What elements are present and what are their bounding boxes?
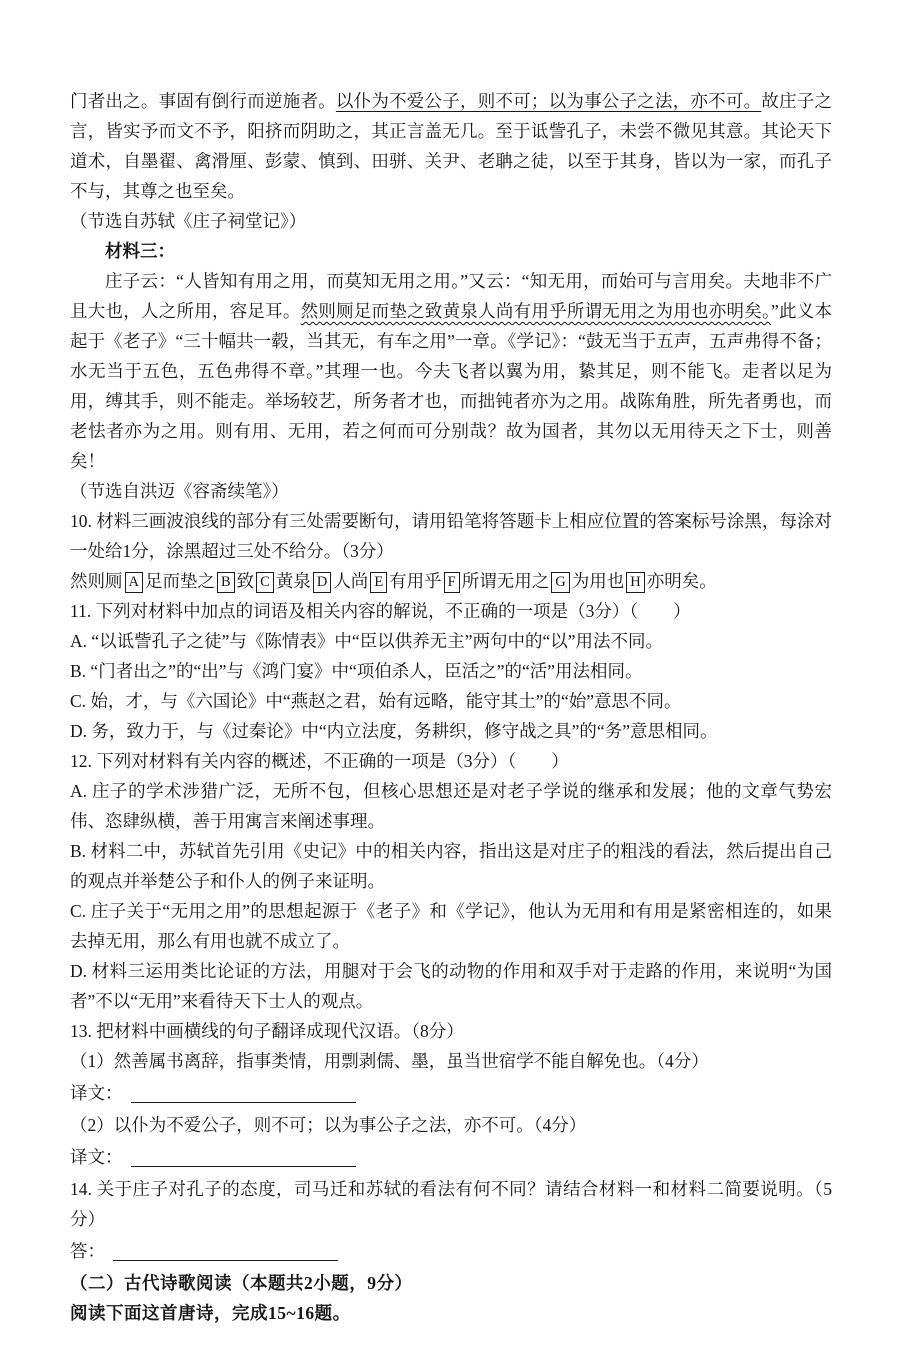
question-10-stem: 10. 材料三画波浪线的部分有三处需要断句，请用铅笔将答题卡上相应位置的答案标号… xyxy=(70,506,832,566)
sentence-segment: 所谓无用之 xyxy=(462,571,550,591)
break-option-box-b: B xyxy=(217,572,235,593)
question-12-option-d: D. 材料三运用类比论证的方法，用腿对于会飞的动物的作用和双手对于走路的作用，来… xyxy=(70,956,832,1016)
answer-blank-line xyxy=(131,1084,356,1103)
question-11-option-a: A. “以诋訾孔子之徒”与《陈情表》中“臣以供养无主”两句中的“以”用法不同。 xyxy=(70,626,832,656)
translation-label: 译文： xyxy=(70,1083,123,1103)
break-option-box-d: D xyxy=(313,572,331,593)
material3-text-seg2: ”此义本起于《老子》“三十幅共一毂，当其无，有车之用”一章。《学记》：“鼓无当于… xyxy=(70,301,832,471)
question-11-option-b: B. “门者出之”的“出”与《鸿门宴》中“项伯杀人，臣活之”的“活”用法相同。 xyxy=(70,656,832,686)
break-option-box-f: F xyxy=(444,572,460,593)
material3-wavy-underlined-sentence: 然则厕足而垫之致黄泉人尚有用乎所谓无用之为用也亦明矣。 xyxy=(301,301,771,321)
sentence-segment: 有用乎 xyxy=(389,571,442,591)
question-14-answer-line: 答： xyxy=(70,1234,832,1268)
section-2-intro: 阅读下面这首唐诗，完成15~16题。 xyxy=(70,1298,832,1328)
material3-heading: 材料三： xyxy=(70,236,832,266)
question-12-stem: 12. 下列对材料有关内容的概述，不正确的一项是（3分）（ ） xyxy=(70,746,832,776)
answer-blank-line xyxy=(113,1242,338,1261)
material2-continuation-paragraph: 门者出之。事固有倒行而逆施者。以仆为不爱公子，则不可；以为事公子之法，亦不可。故… xyxy=(70,86,832,206)
question-13-answer-line-2: 译文： xyxy=(70,1140,832,1174)
question-13-sub2: （2）以仆为不爱公子，则不可；以为事公子之法，亦不可。（4分） xyxy=(70,1110,832,1140)
section-2-heading: （二）古代诗歌阅读（本题共2小题，9分） xyxy=(70,1268,832,1298)
material2-text-pre: 门者出之。事固有倒行而逆施者。 xyxy=(70,91,336,111)
material2-underlined-sentence: 以仆为不爱公子，则不可；以为事公子之法，亦不可。 xyxy=(336,91,761,111)
sentence-segment: 亦明矣。 xyxy=(647,571,717,591)
exam-page: 门者出之。事固有倒行而逆施者。以仆为不爱公子，则不可；以为事公子之法，亦不可。故… xyxy=(0,0,900,1368)
sentence-segment: 致 xyxy=(237,571,255,591)
question-10-sentence-breaking-line: 然则厕A足而垫之B致C黄泉D人尚E有用乎F所谓无用之G为用也H亦明矣。 xyxy=(70,566,832,596)
sentence-segment: 足而垫之 xyxy=(145,571,215,591)
question-12-option-a: A. 庄子的学术涉猎广泛，无所不包，但核心思想还是对老子学说的继承和发展；他的文… xyxy=(70,776,832,836)
break-option-box-c: C xyxy=(256,572,274,593)
break-option-box-h: H xyxy=(626,572,644,593)
question-13-stem: 13. 把材料中画横线的句子翻译成现代汉语。（8分） xyxy=(70,1016,832,1046)
question-13-sub1: （1）然善属书离辞，指事类情，用剽剥儒、墨，虽当世宿学不能自解免也。（4分） xyxy=(70,1046,832,1076)
question-12-option-c: C. 庄子关于“无用之用”的思想起源于《老子》和《学记》，他认为无用和有用是紧密… xyxy=(70,896,832,956)
translation-label: 译文： xyxy=(70,1147,123,1167)
sentence-segment: 为用也 xyxy=(572,571,625,591)
question-12-option-b: B. 材料二中，苏轼首先引用《史记》中的相关内容，指出这是对庄子的粗浅的看法，然… xyxy=(70,836,832,896)
question-11-stem: 11. 下列对材料中加点的词语及相关内容的解说，不正确的一项是（3分）（ ） xyxy=(70,596,832,626)
answer-label: 答： xyxy=(70,1241,105,1261)
break-option-box-e: E xyxy=(370,572,387,593)
sentence-segment: 黄泉 xyxy=(276,571,311,591)
answer-blank-line xyxy=(131,1148,356,1167)
break-option-box-a: A xyxy=(125,572,143,593)
material3-paragraph: 庄子云：“人皆知有用之用，而莫知无用之用。”又云：“知无用，而始可与言用矣。夫地… xyxy=(70,266,832,476)
question-11-option-d: D. 务，致力于，与《过秦论》中“内立法度，务耕织，修守战之具”的“务”意思相同… xyxy=(70,716,832,746)
material2-attribution: （节选自苏轼《庄子祠堂记》） xyxy=(70,206,832,236)
break-option-box-g: G xyxy=(551,572,569,593)
sentence-segment: 然则厕 xyxy=(70,571,123,591)
question-14-stem: 14. 关于庄子对孔子的态度，司马迁和苏轼的看法有何不同？请结合材料一和材料二简… xyxy=(70,1174,832,1234)
material3-attribution: （节选自洪迈《容斋续笔》） xyxy=(70,476,832,506)
sentence-segment: 人尚 xyxy=(333,571,368,591)
question-11-option-c: C. 始，才，与《六国论》中“燕赵之君，始有远略，能守其土”的“始”意思不同。 xyxy=(70,686,832,716)
question-13-answer-line-1: 译文： xyxy=(70,1076,832,1110)
